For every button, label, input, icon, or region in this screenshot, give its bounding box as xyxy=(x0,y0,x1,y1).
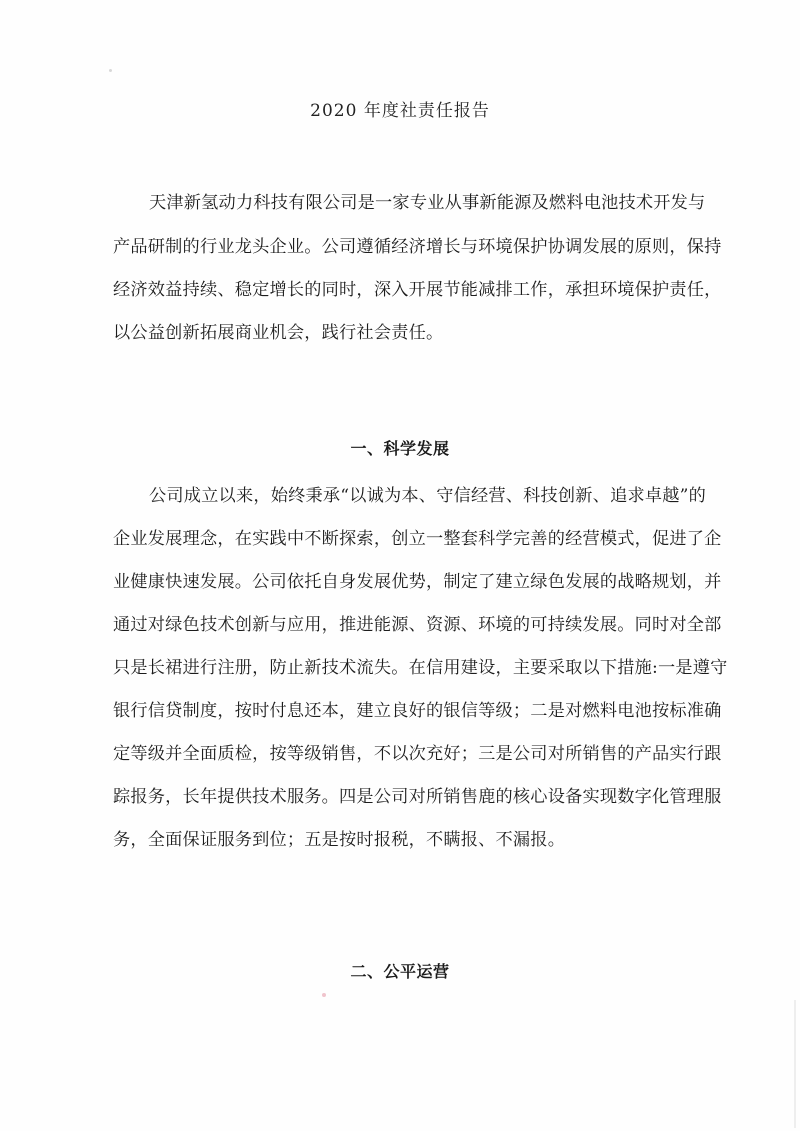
section-1-line-4: 通过对绿色技术创新与应用，推进能源、资源、环境的可持续发展。同时对全部 xyxy=(113,614,679,636)
section-1-line-9: 务，全面保证服务到位；五是按时报税，不瞒报、不漏报。 xyxy=(113,829,679,851)
intro-line-1: 天津新氢动力科技有限公司是一家专业从事新能源及燃料电池技术开发与 xyxy=(149,192,679,214)
section-1-line-2: 企业发展理念，在实践中不断探索，创立一整套科学完善的经营模式，促进了企 xyxy=(113,528,679,550)
section-1-line-5: 只是长裙进行注册，防止新技术流失。在信用建设，主要采取以下措施:一是遵守 xyxy=(113,657,679,679)
document-title: 2020 年度社责任报告 xyxy=(0,96,800,121)
section-1-line-6: 银行信贷制度，按时付息还本，建立良好的银信等级；二是对燃料电池按标准确 xyxy=(113,700,679,722)
section-1-line-7: 定等级并全面质检，按等级销售，不以次充好；三是公司对所销售的产品实行跟 xyxy=(113,743,679,765)
section-1-line-3: 业健康快速发展。公司依托自身发展优势，制定了建立绿色发展的战略规划，并 xyxy=(113,571,679,593)
section-1-line-1: 公司成立以来，始终秉承“以诚为本、守信经营、科技创新、追求卓越”的 xyxy=(149,485,679,507)
section-1-line-8: 踪报务，长年提供技术服务。四是公司对所销售鹿的核心设备实现数字化管理服 xyxy=(113,786,679,808)
section-heading-1: 一、科学发展 xyxy=(0,436,800,459)
scan-speck xyxy=(109,69,112,72)
document-page: 2020 年度社责任报告 天津新氢动力科技有限公司是一家专业从事新能源及燃料电池… xyxy=(0,0,800,1131)
section-heading-2: 二、公平运营 xyxy=(0,959,800,982)
intro-line-4: 以公益创新拓展商业机会，践行社会责任。 xyxy=(113,322,679,344)
scan-edge-mark xyxy=(794,1000,796,1128)
intro-line-3: 经济效益持续、稳定增长的同时，深入开展节能减排工作，承担环境保护责任， xyxy=(113,279,679,301)
intro-line-2: 产品研制的行业龙头企业。公司遵循经济增长与环境保护协调发展的原则，保持 xyxy=(113,236,679,258)
scan-speck xyxy=(322,993,326,997)
